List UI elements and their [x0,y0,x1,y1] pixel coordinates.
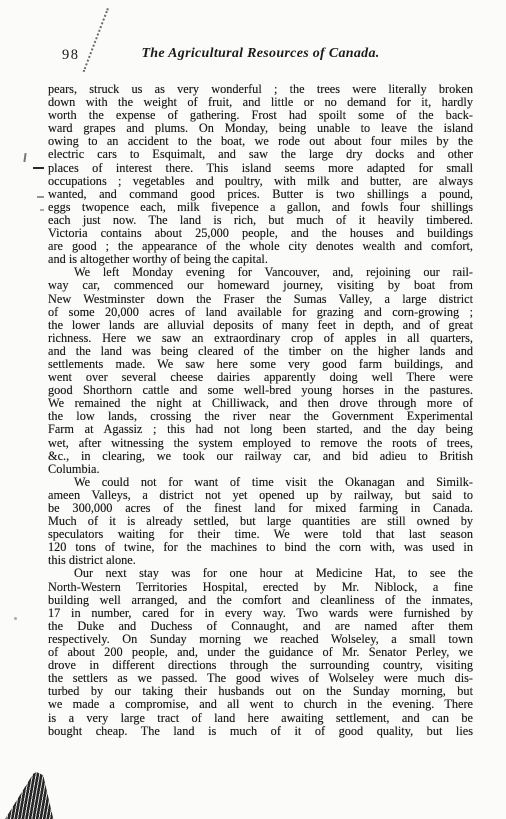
text-line: New Westminster down the Fraser the Suma… [48,293,473,306]
text-column: 98 The Agricultural Resources of Canada.… [48,46,473,738]
text-line: &c., in clearing, we took our railway ca… [48,450,473,463]
margin-tick-artifact [23,153,26,162]
margin-dash-artifact [33,167,44,169]
text-line: richness. Here we saw an extraordinary c… [48,332,473,345]
text-line: building well arranged, and the comfort … [48,594,473,607]
text-line: 17 in number, cared for in every way. Tw… [48,607,473,620]
text-line: places of interest there. This island se… [48,162,473,175]
page-number: 98 [62,47,80,64]
text-line: the lower lands are alluvial deposits of… [48,319,473,332]
margin-dash-artifact [37,196,44,198]
paragraph: pears, struck us as very wonderful ; the… [48,83,473,266]
margin-dot-artifact [14,617,17,620]
text-line: the Duke and Duchess of Connaught, and a… [48,620,473,633]
text-line: Farm at Agassiz ; this had not long been… [48,423,473,436]
text-line: Columbia. [48,463,473,476]
text-line: Our next stay was for one hour at Medici… [48,567,473,580]
margin-tick-artifact [40,209,44,211]
paragraph: We could not for want of time visit the … [48,476,473,568]
scanned-page: 98 The Agricultural Resources of Canada.… [0,0,506,819]
text-line: bought cheap. The land is much of it of … [48,725,473,738]
paragraph: Our next stay was for one hour at Medici… [48,567,473,737]
text-line: wanted, and command good prices. Butter … [48,188,473,201]
running-title: The Agricultural Resources of Canada. [48,46,473,62]
page-corner-fold-artifact [4,772,60,819]
text-line: occupations ; vegetables and poultry, wi… [48,175,473,188]
text-line: eggs twopence each, milk fivepence a gal… [48,201,473,214]
text-line: and the land was being cleared of the ti… [48,345,473,358]
text-line: way car, commenced our homeward journey,… [48,279,473,292]
text-line: We could not for want of time visit the … [48,476,473,489]
text-line: electric cars to Esquimalt, and saw the … [48,148,473,161]
page-header: 98 The Agricultural Resources of Canada. [48,46,473,66]
text-line: we made a compromise, and all went to ch… [48,698,473,711]
body-text: pears, struck us as very wonderful ; the… [48,83,473,738]
text-line: of some 20,000 acres of land available f… [48,306,473,319]
paragraph: We left Monday evening for Vancouver, an… [48,266,473,476]
text-line: wet, after witnessing the system employe… [48,437,473,450]
text-line: North-Western Territories Hospital, erec… [48,581,473,594]
text-line: is a very large tract of land here await… [48,712,473,725]
